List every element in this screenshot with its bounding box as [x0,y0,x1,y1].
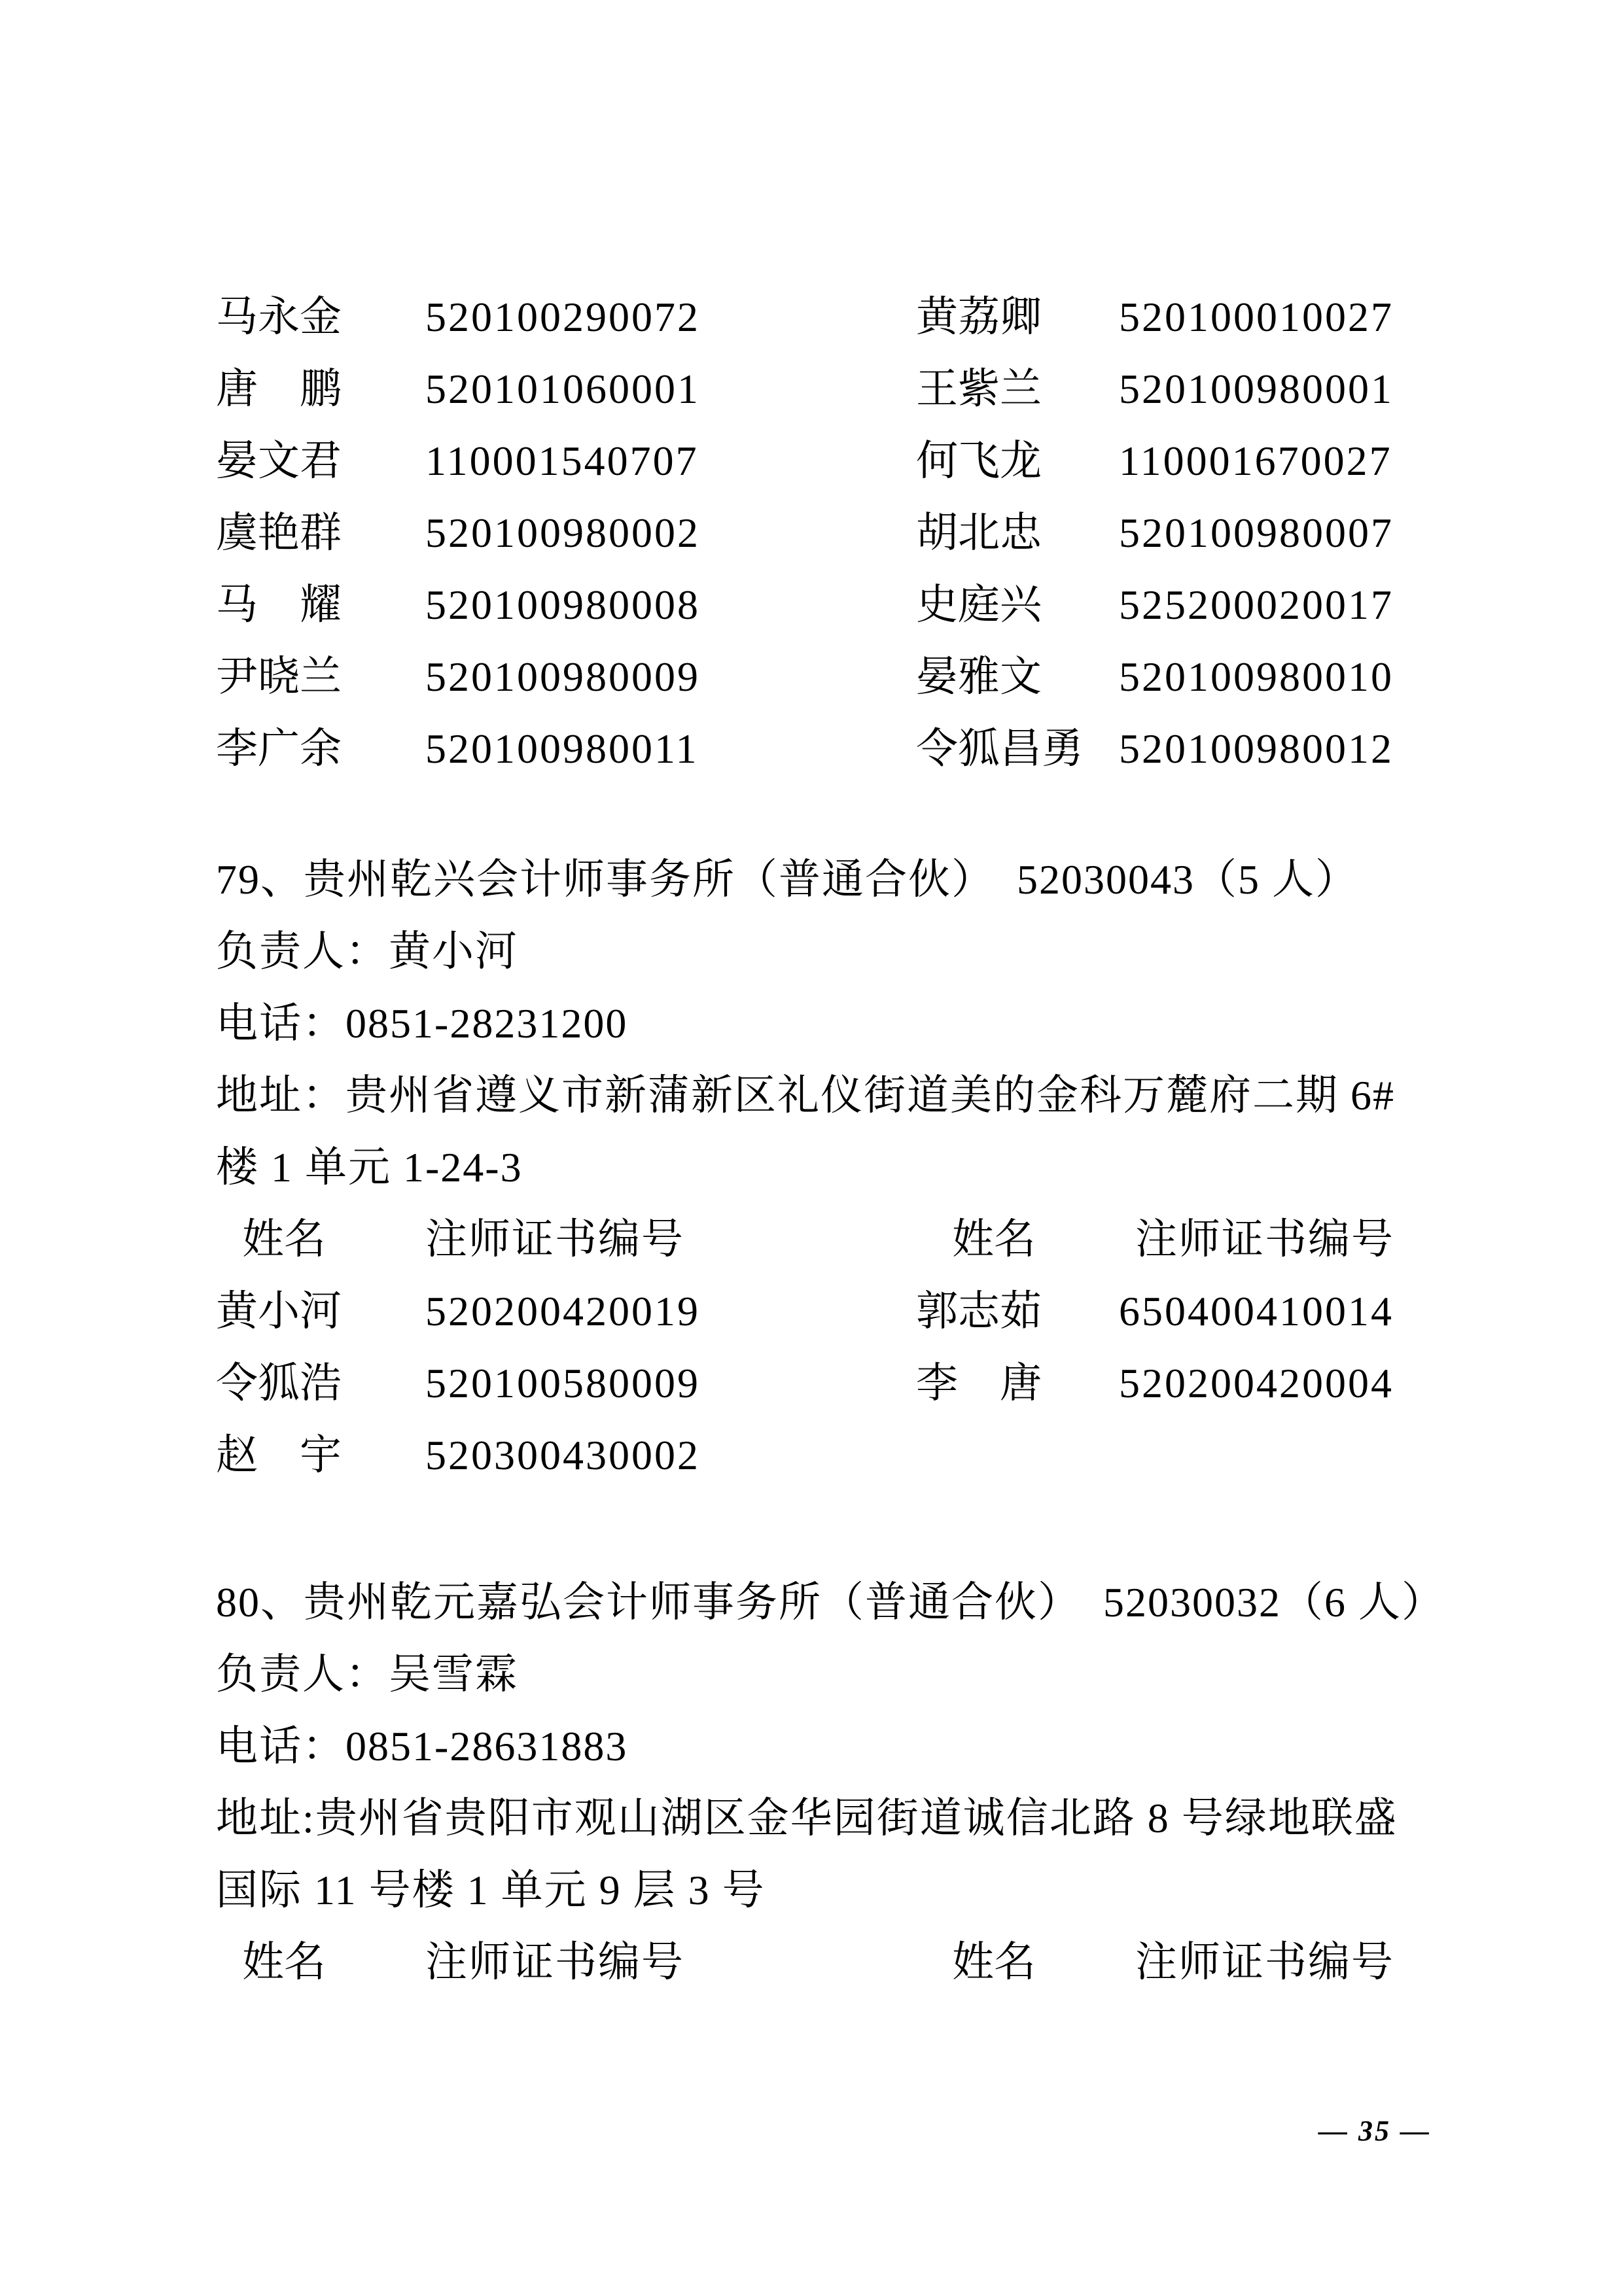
firm-phone-line: 电话：0851-28631883 [216,1711,1446,1783]
firm-title: 79、贵州乾兴会计师事务所（普通合伙） 52030043（5 人） [216,844,1446,916]
cert-number: 520200420019 [425,1276,916,1348]
firm-leader-line: 负责人：吴雪霖 [216,1639,1446,1711]
header-cert: 注师证书编号 [1119,1204,1446,1276]
cert-number: 520100980007 [1119,497,1446,569]
cert-number [1119,1419,1446,1491]
table-row: 晏文君 110001540707 何飞龙 110001670027 [216,425,1446,497]
member-name: 何飞龙 [916,425,1119,497]
table-row: 马 耀 520100980008 史庭兴 525200020017 [216,569,1446,641]
leader-label: 负责人： [216,928,389,975]
member-name: 令狐昌勇 [916,713,1119,785]
member-name: 令狐浩 [216,1348,425,1419]
cert-number: 520100980002 [425,497,916,569]
cert-number: 520100980008 [425,569,916,641]
member-name: 尹晓兰 [216,641,425,713]
cert-number: 520100980012 [1119,713,1446,785]
member-name: 王紫兰 [916,353,1119,425]
member-name: 马永金 [216,281,425,353]
table-header-row: 姓名 注师证书编号 姓名 注师证书编号 [216,1204,1446,1276]
document-page: 马永金 520100290072 黄荔卿 520100010027 唐 鹏 52… [0,0,1624,2296]
member-name: 赵 宇 [216,1419,425,1491]
header-name: 姓名 [216,1204,425,1276]
member-name: 李 唐 [916,1348,1119,1419]
table-row: 尹晓兰 520100980009 晏雅文 520100980010 [216,641,1446,713]
member-name: 李广余 [216,713,425,785]
cert-number: 520300430002 [425,1419,916,1491]
firm-address-line2: 国际 11 号楼 1 单元 9 层 3 号 [216,1854,1446,1926]
member-name: 虞艳群 [216,497,425,569]
member-name: 黄小河 [216,1276,425,1348]
firm-address-line1: 地址：贵州省遵义市新蒲新区礼仪街道美的金科万麓府二期 6# [216,1060,1446,1132]
firm-79-section: 79、贵州乾兴会计师事务所（普通合伙） 52030043（5 人） 负责人：黄小… [216,844,1446,1491]
cert-number: 520100980010 [1119,641,1446,713]
cert-number: 520101060001 [425,353,916,425]
table-row: 马永金 520100290072 黄荔卿 520100010027 [216,281,1446,353]
top-roster-table: 马永金 520100290072 黄荔卿 520100010027 唐 鹏 52… [216,281,1446,785]
table-header-row: 姓名 注师证书编号 姓名 注师证书编号 [216,1926,1446,1998]
firm-leader-line: 负责人：黄小河 [216,916,1446,988]
table-row: 黄小河 520200420019 郭志茹 650400410014 [216,1276,1446,1348]
cert-number: 520100290072 [425,281,916,353]
firm-address-line1: 地址:贵州省贵阳市观山湖区金华园街道诚信北路 8 号绿地联盛 [216,1783,1446,1854]
header-cert: 注师证书编号 [1119,1926,1446,1998]
cert-number: 520100580009 [425,1348,916,1419]
member-name: 史庭兴 [916,569,1119,641]
firm-80-section: 80、贵州乾元嘉弘会计师事务所（普通合伙） 52030032（6 人） 负责人：… [216,1567,1446,1998]
page-number: — 35 — [1318,2114,1431,2148]
cert-number: 520200420004 [1119,1348,1446,1419]
table-row: 李广余 520100980011 令狐昌勇 520100980012 [216,713,1446,785]
member-name [916,1419,1119,1491]
member-name: 晏文君 [216,425,425,497]
leader-label: 负责人： [216,1651,389,1697]
cert-number: 520100980001 [1119,353,1446,425]
leader-name: 吴雪霖 [389,1651,518,1697]
cert-number: 110001540707 [425,425,916,497]
firm-phone-line: 电话：0851-28231200 [216,988,1446,1060]
phone-label: 电话： [216,1000,345,1047]
header-cert: 注师证书编号 [425,1204,916,1276]
cert-number: 520100980009 [425,641,916,713]
phone-label: 电话： [216,1723,345,1769]
table-row: 唐 鹏 520101060001 王紫兰 520100980001 [216,353,1446,425]
header-cert: 注师证书编号 [425,1926,916,1998]
member-name: 胡北忠 [916,497,1119,569]
firm-title: 80、贵州乾元嘉弘会计师事务所（普通合伙） 52030032（6 人） [216,1567,1446,1639]
leader-name: 黄小河 [389,928,518,975]
cert-number: 525200020017 [1119,569,1446,641]
header-name: 姓名 [216,1926,425,1998]
firm-address-line2: 楼 1 单元 1-24-3 [216,1132,1446,1204]
cert-number: 520100010027 [1119,281,1446,353]
member-name: 唐 鹏 [216,353,425,425]
table-row: 虞艳群 520100980002 胡北忠 520100980007 [216,497,1446,569]
table-row: 令狐浩 520100580009 李 唐 520200420004 [216,1348,1446,1419]
cert-number: 650400410014 [1119,1276,1446,1348]
member-name: 郭志茹 [916,1276,1119,1348]
member-name: 晏雅文 [916,641,1119,713]
cert-number: 520100980011 [425,713,916,785]
header-name: 姓名 [916,1204,1119,1276]
header-name: 姓名 [916,1926,1119,1998]
member-name: 黄荔卿 [916,281,1119,353]
phone-number: 0851-28231200 [345,1000,627,1047]
cert-number: 110001670027 [1119,425,1446,497]
table-row: 赵 宇 520300430002 [216,1419,1446,1491]
phone-number: 0851-28631883 [345,1723,627,1769]
member-name: 马 耀 [216,569,425,641]
